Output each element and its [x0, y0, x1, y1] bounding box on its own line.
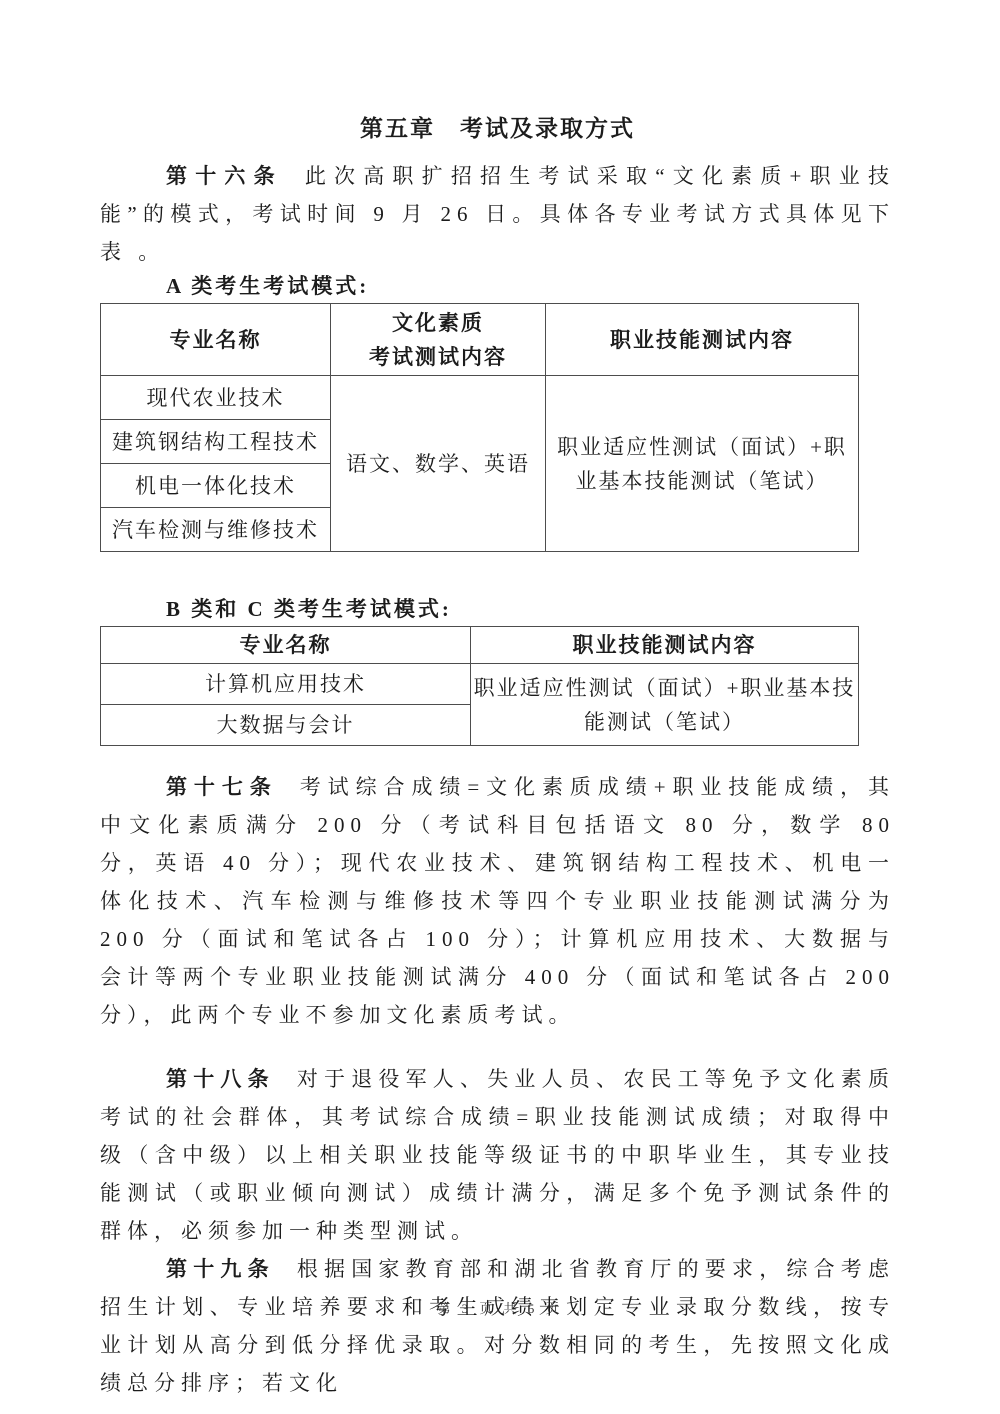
table-b-header-major: 专业名称	[101, 627, 471, 664]
table-b-header-skill: 职业技能测试内容	[471, 627, 859, 664]
table-row: 计算机应用技术 职业适应性测试（面试）+职业基本技能测试（笔试）	[101, 664, 859, 705]
table-row: 现代农业技术 语文、数学、英语 职业适应性测试（面试）+职业基本技能测试（笔试）	[101, 376, 859, 420]
table-b-major-cell: 计算机应用技术	[101, 664, 471, 705]
table-b-major-cell: 大数据与会计	[101, 705, 471, 746]
table-b-skill-test-cell: 职业适应性测试（面试）+职业基本技能测试（笔试）	[471, 664, 859, 746]
table-a-header-culture: 文化素质 考试测试内容	[331, 304, 546, 376]
table-a-header-major: 专业名称	[101, 304, 331, 376]
table-a-major-cell: 汽车检测与维修技术	[101, 508, 331, 552]
table-a-header-culture-line1: 文化素质	[333, 306, 543, 340]
paragraph-article-17: 第十七条考试综合成绩=文化素质成绩+职业技能成绩，其中文化素质满分 200 分（…	[100, 768, 895, 1034]
paragraph-article-18: 第十八条对于退役军人、失业人员、农民工等免予文化素质考试的社会群体，其考试综合成…	[100, 1060, 895, 1250]
table-b-label: B 类和 C 类考生考试模式:	[100, 594, 895, 624]
document-page: 第五章 考试及录取方式 第十六条此次高职扩招招生考试采取“文化素质+职业技能”的…	[0, 0, 1000, 1414]
table-a-major-cell: 现代农业技术	[101, 376, 331, 420]
paragraph-article-16: 第十六条此次高职扩招招生考试采取“文化素质+职业技能”的模式，考试时间 9 月 …	[100, 157, 895, 271]
article-16-term: 第十六条	[166, 164, 283, 188]
article-18-text: 对于退役军人、失业人员、农民工等免予文化素质考试的社会群体，其考试综合成绩=职业…	[100, 1067, 895, 1243]
table-a-header-skill: 职业技能测试内容	[546, 304, 859, 376]
table-a-header-row: 专业名称 文化素质 考试测试内容 职业技能测试内容	[101, 304, 859, 376]
table-a-major-cell: 机电一体化技术	[101, 464, 331, 508]
exam-mode-table-b: 专业名称 职业技能测试内容 计算机应用技术 职业适应性测试（面试）+职业基本技能…	[100, 626, 859, 746]
table-a-label: A 类考生考试模式:	[100, 271, 895, 301]
table-b-header-row: 专业名称 职业技能测试内容	[101, 627, 859, 664]
article-19-term: 第十九条	[166, 1257, 275, 1281]
table-a-skill-test-cell: 职业适应性测试（面试）+职业基本技能测试（笔试）	[546, 376, 859, 552]
article-18-term: 第十八条	[166, 1067, 275, 1091]
table-a-culture-subjects-cell: 语文、数学、英语	[331, 376, 546, 552]
article-17-text: 考试综合成绩=文化素质成绩+职业技能成绩，其中文化素质满分 200 分（考试科目…	[100, 775, 895, 1027]
table-a-header-culture-line2: 考试测试内容	[333, 340, 543, 374]
paragraph-article-19: 第十九条根据国家教育部和湖北省教育厅的要求，综合考虑招生计划、专业培养要求和考生…	[100, 1250, 895, 1402]
article-17-term: 第十七条	[166, 775, 278, 799]
chapter-title: 第五章 考试及录取方式	[100, 113, 895, 145]
exam-mode-table-a: 专业名称 文化素质 考试测试内容 职业技能测试内容 现代农业技术 语文、数学、英…	[100, 303, 859, 552]
table-a-major-cell: 建筑钢结构工程技术	[101, 420, 331, 464]
page-number-footer: 第 3 页 共 5 页	[0, 1298, 1000, 1317]
